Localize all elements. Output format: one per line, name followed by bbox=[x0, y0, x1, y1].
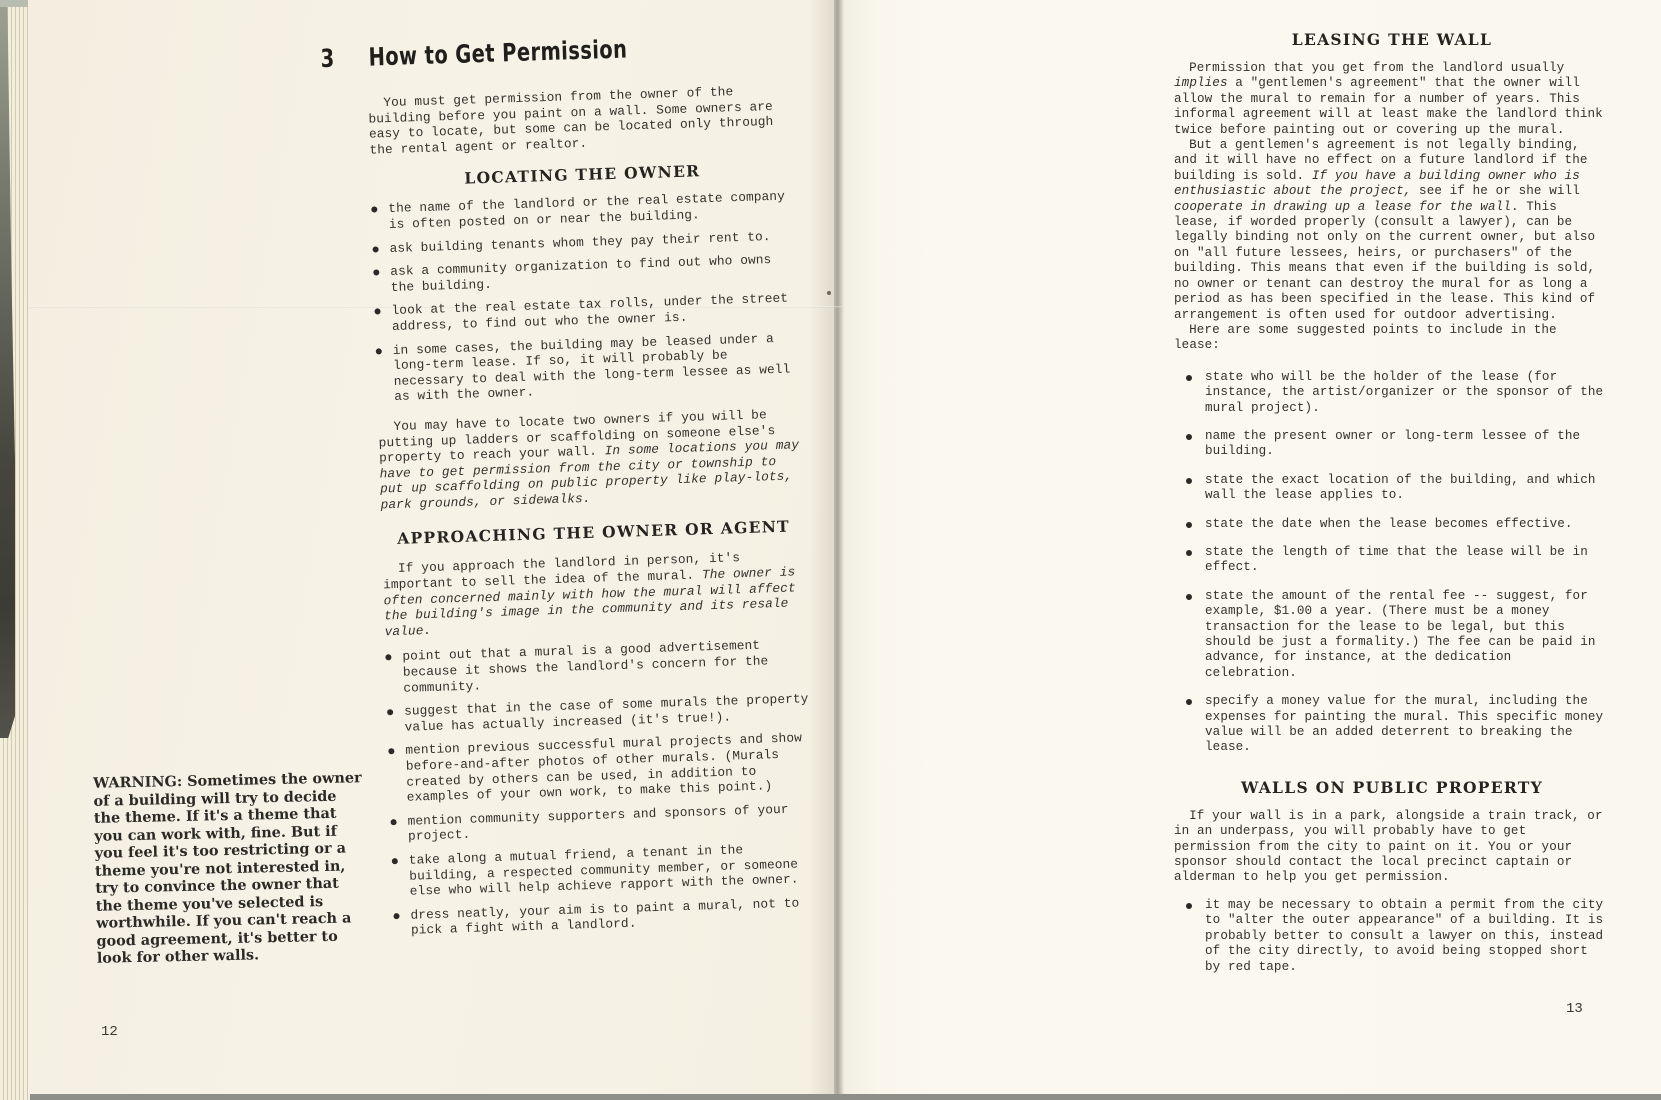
bullet-item: state the exact location of the building… bbox=[1174, 473, 1610, 504]
bullet-icon bbox=[1186, 434, 1192, 440]
paragraph-text: Permission that you get from the landlor… bbox=[1189, 61, 1564, 75]
bullet-icon bbox=[1186, 478, 1192, 484]
bullet-item: mention previous successful mural projec… bbox=[388, 730, 814, 806]
bullet-icon bbox=[372, 246, 378, 252]
right-page-text-column: LEASING THE WALL Permission that you get… bbox=[1174, 30, 1610, 988]
bullet-text: state the amount of the rental fee -- su… bbox=[1205, 589, 1610, 681]
chapter-number: 3 bbox=[320, 44, 335, 73]
page-number-left: 12 bbox=[101, 1024, 118, 1040]
bullet-icon bbox=[371, 207, 377, 213]
bullet-text: state who will be the holder of the leas… bbox=[1205, 370, 1610, 416]
section-heading-locating-owner: LOCATING THE OWNER bbox=[370, 159, 794, 191]
book-gutter-shadow bbox=[834, 0, 844, 1094]
paragraph-text: see if he or she will bbox=[1411, 184, 1579, 198]
section-heading-walls-public-property: WALLS ON PUBLIC PROPERTY bbox=[1174, 778, 1610, 797]
bullet-icon bbox=[391, 819, 397, 825]
bullet-item: state who will be the holder of the leas… bbox=[1174, 370, 1610, 416]
bullet-item: look at the real estate tax rolls, under… bbox=[374, 291, 799, 335]
paragraph-text: . This lease, if worded properly (consul… bbox=[1174, 200, 1595, 322]
bullet-icon bbox=[1186, 903, 1192, 909]
paragraph-italic-text: implies bbox=[1174, 76, 1228, 90]
bullet-item: name the present owner or long-term less… bbox=[1174, 429, 1610, 460]
bullet-icon bbox=[392, 858, 398, 864]
approaching-intro-paragraph: If you approach the landlord in person, … bbox=[382, 549, 808, 640]
bullet-item: dress neatly, your aim is to paint a mur… bbox=[393, 895, 818, 939]
bullet-icon bbox=[376, 348, 382, 354]
bullet-text: look at the real estate tax rolls, under… bbox=[391, 291, 799, 335]
bullet-text: take along a mutual friend, a tenant in … bbox=[409, 840, 817, 900]
bullet-icon bbox=[388, 749, 394, 755]
bullet-text: specify a money value for the mural, inc… bbox=[1205, 694, 1610, 756]
bullet-icon bbox=[373, 270, 379, 276]
bullet-icon bbox=[1186, 699, 1192, 705]
paragraph-text: a "gentlemen's agreement" that the owner… bbox=[1174, 76, 1603, 136]
locating-owner-bullet-list: the name of the landlord or the real est… bbox=[371, 189, 801, 406]
bullet-text: point out that a mural is a good adverti… bbox=[402, 636, 810, 696]
warning-sidebar: WARNING: Sometimes the owner of a buildi… bbox=[93, 769, 367, 967]
bullet-text: mention community supporters and sponsor… bbox=[407, 801, 815, 845]
dust-speck bbox=[827, 291, 831, 295]
bullet-item: ask a community organization to find out… bbox=[373, 251, 798, 295]
bullet-icon bbox=[1186, 375, 1192, 381]
bullet-icon bbox=[393, 913, 399, 919]
bullet-text: suggest that in the case of some murals … bbox=[404, 691, 812, 735]
bullet-item: point out that a mural is a good adverti… bbox=[385, 636, 810, 696]
bullet-text: state the exact location of the building… bbox=[1205, 473, 1610, 504]
bullet-text: mention previous successful mural projec… bbox=[405, 730, 814, 805]
bullet-item: suggest that in the case of some murals … bbox=[387, 691, 812, 735]
bullet-text: ask a community organization to find out… bbox=[390, 251, 798, 295]
leasing-paragraph-1: Permission that you get from the landlor… bbox=[1174, 61, 1610, 138]
bullet-icon bbox=[1186, 522, 1192, 528]
bullet-item: state the length of time that the lease … bbox=[1174, 545, 1610, 576]
bullet-item: mention community supporters and sponsor… bbox=[390, 801, 815, 845]
bullet-item: specify a money value for the mural, inc… bbox=[1174, 694, 1610, 756]
leasing-paragraph-3: Here are some suggested points to includ… bbox=[1174, 323, 1610, 354]
bullet-item: the name of the landlord or the real est… bbox=[371, 189, 796, 233]
intro-paragraph: You must get permission from the owner o… bbox=[368, 82, 794, 158]
bullet-text: the name of the landlord or the real est… bbox=[388, 189, 796, 233]
bullet-item: state the amount of the rental fee -- su… bbox=[1174, 589, 1610, 681]
bullet-item: state the date when the lease becomes ef… bbox=[1174, 517, 1610, 532]
bullet-text: name the present owner or long-term less… bbox=[1205, 429, 1610, 460]
bullet-text: state the date when the lease becomes ef… bbox=[1205, 517, 1610, 532]
public-property-bullet-list: it may be necessary to obtain a permit f… bbox=[1174, 898, 1610, 975]
bullet-item: in some cases, the building may be lease… bbox=[376, 330, 802, 406]
lease-points-bullet-list: state who will be the holder of the leas… bbox=[1174, 370, 1610, 756]
public-property-paragraph: If your wall is in a park, alongside a t… bbox=[1174, 809, 1610, 886]
left-page-text-column: 3 How to Get Permission You must get per… bbox=[366, 29, 818, 947]
bullet-text: dress neatly, your aim is to paint a mur… bbox=[410, 895, 818, 939]
two-owners-paragraph: You may have to locate two owners if you… bbox=[378, 406, 805, 513]
paragraph-italic-text: cooperate in drawing up a lease for the … bbox=[1174, 200, 1511, 214]
bullet-item: ask building tenants whom they pay their… bbox=[372, 228, 796, 257]
bullet-text: state the length of time that the lease … bbox=[1205, 545, 1610, 576]
section-heading-leasing-wall: LEASING THE WALL bbox=[1174, 30, 1610, 49]
approaching-owner-bullet-list: point out that a mural is a good adverti… bbox=[385, 636, 818, 939]
bullet-icon bbox=[385, 655, 391, 661]
bullet-item: take along a mutual friend, a tenant in … bbox=[392, 840, 817, 900]
page-number-right: 13 bbox=[1566, 1001, 1583, 1017]
bullet-icon bbox=[1186, 594, 1192, 600]
bullet-icon bbox=[1186, 550, 1192, 556]
bullet-text: in some cases, the building may be lease… bbox=[393, 330, 802, 405]
section-heading-approaching-owner: APPROACHING THE OWNER OR AGENT bbox=[381, 517, 805, 549]
bullet-item: it may be necessary to obtain a permit f… bbox=[1174, 898, 1610, 975]
bullet-text: ask building tenants whom they pay their… bbox=[389, 228, 796, 256]
bullet-icon bbox=[387, 709, 393, 715]
leasing-paragraph-2: But a gentlemen's agreement is not legal… bbox=[1174, 138, 1610, 323]
bullet-text: it may be necessary to obtain a permit f… bbox=[1205, 898, 1610, 975]
bullet-icon bbox=[374, 309, 380, 315]
